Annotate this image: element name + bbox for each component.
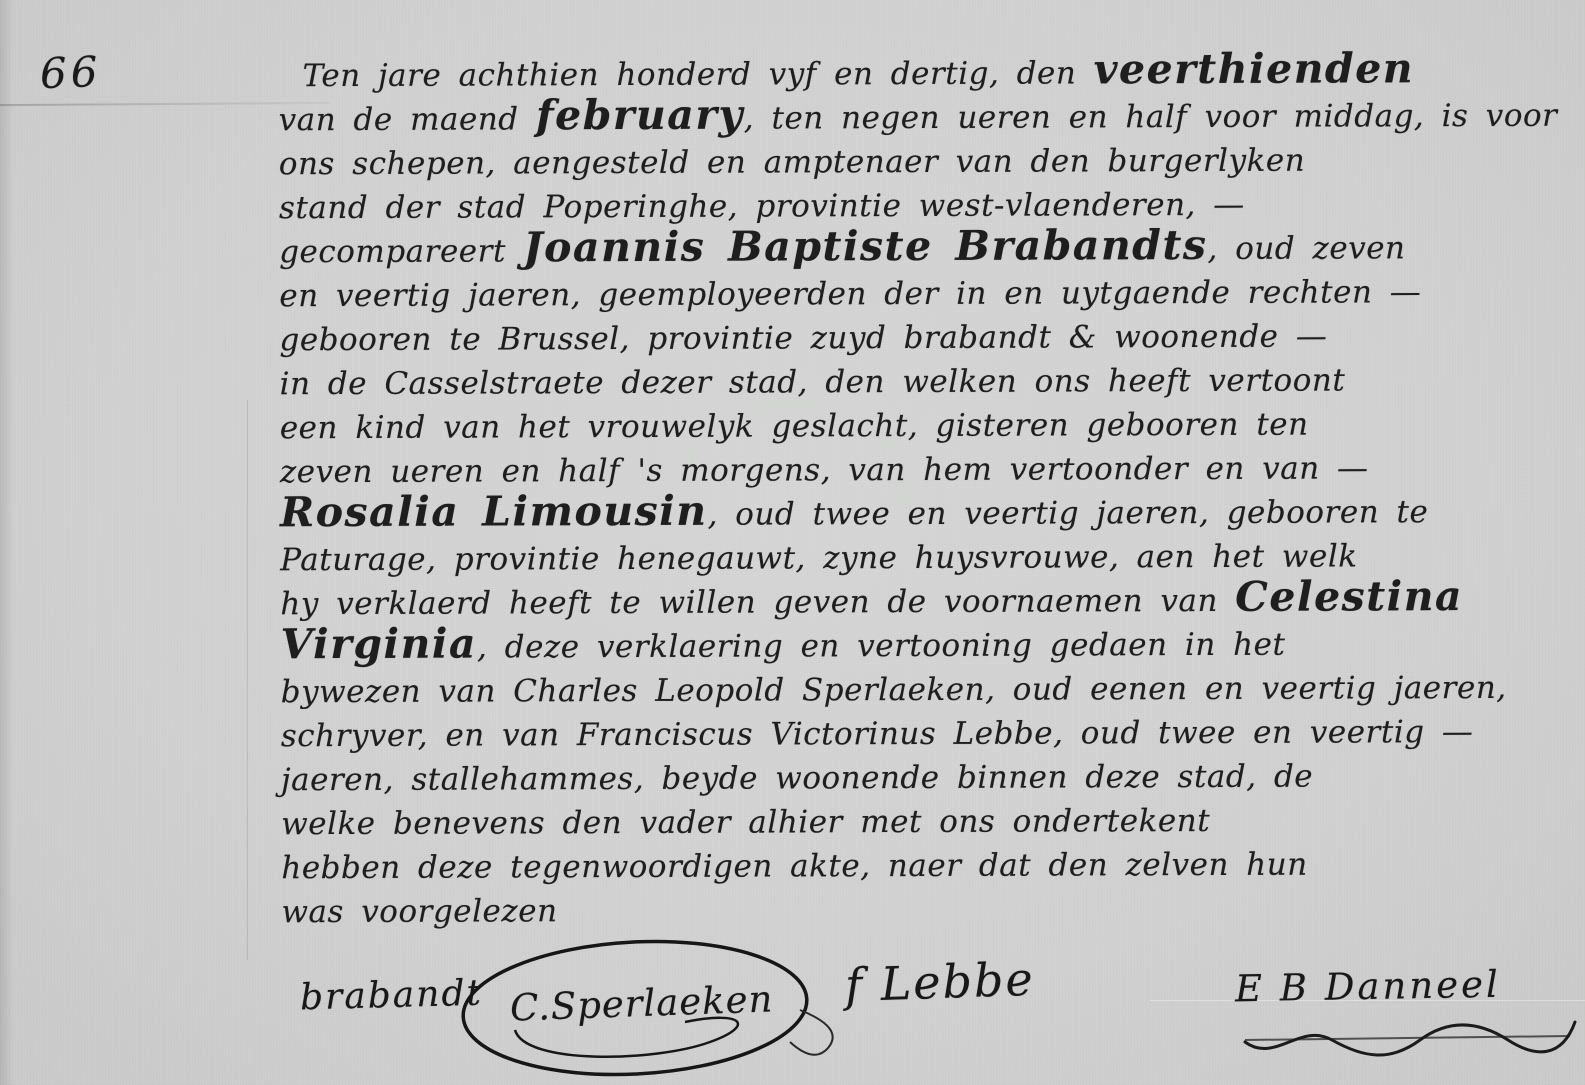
line-text: ons schepen, aengesteld en amptenaer van… <box>279 143 1305 183</box>
text-line: jaeren, stallehammes, beyde woonende bin… <box>281 750 1543 798</box>
signature-lebbe: f Lebbe <box>844 952 1035 1013</box>
line-text-emphasis: Joannis Baptiste Brabandts <box>523 221 1207 271</box>
line-text: een kind van het vrouwelyk geslacht, gis… <box>280 407 1309 447</box>
line-text: hebben deze tegenwoordigen akte, naer da… <box>281 847 1307 887</box>
act-text-block: Ten jare achthien honderd vyf en dertig,… <box>278 46 1543 930</box>
line-text: , oud zeven <box>1207 230 1405 267</box>
line-text: , deze verklaering en vertooning gedaen … <box>477 627 1286 666</box>
text-line: gebooren te Brussel, provintie zuyd brab… <box>279 310 1541 358</box>
line-text-emphasis: Rosalia Limousin <box>280 487 708 536</box>
line-text: Ten jare achthien honderd vyf en dertig,… <box>302 55 1093 94</box>
line-text: jaeren, stallehammes, beyde woonende bin… <box>281 759 1313 799</box>
signature-paraph-flourish <box>1240 1010 1580 1070</box>
line-text: welke benevens den vader alhier met ons … <box>281 803 1210 842</box>
text-line: een kind van het vrouwelyk geslacht, gis… <box>280 398 1542 446</box>
signature-text: C.Sperlaeken <box>509 977 774 1029</box>
text-line: ons schepen, aengesteld en amptenaer van… <box>279 134 1541 182</box>
line-text: schryver, en van Franciscus Victorinus L… <box>281 714 1474 754</box>
paper-edge-shadow <box>0 0 14 1085</box>
text-line: Ten jare achthien honderd vyf en dertig,… <box>278 46 1540 94</box>
line-text: van de maend <box>279 101 536 138</box>
line-text: was voorgelezen <box>281 893 557 930</box>
line-text: , ten negen ueren en half voor middag, i… <box>744 98 1558 137</box>
text-line: welke benevens den vader alhier met ons … <box>281 794 1543 842</box>
text-line: en veertig jaeren, geemployeerden der in… <box>279 266 1541 314</box>
text-line: was voorgelezen <box>281 882 1543 930</box>
text-line: zeven ueren en half 's morgens, van hem … <box>280 442 1542 490</box>
line-text: gebooren te Brussel, provintie zuyd brab… <box>279 319 1327 359</box>
text-line: stand der stad Poperinghe, provintie wes… <box>279 178 1541 226</box>
line-text: bywezen van Charles Leopold Sperlaeken, … <box>281 670 1507 710</box>
line-text: gecompareert <box>279 233 523 270</box>
text-line: schryver, en van Franciscus Victorinus L… <box>281 706 1543 754</box>
record-number: 66 <box>39 47 102 98</box>
text-line: van de maend february, ten negen ueren e… <box>279 90 1541 138</box>
line-text-emphasis: veerthienden <box>1094 44 1415 93</box>
text-line: gecompareert Joannis Baptiste Brabandts,… <box>279 222 1541 270</box>
line-text-emphasis: Celestina <box>1235 572 1463 621</box>
text-line: in de Casselstraete dezer stad, den welk… <box>280 354 1542 402</box>
text-line: Rosalia Limousin, oud twee en veertig ja… <box>280 486 1542 534</box>
text-line: hy verklaerd heeft te willen geven de vo… <box>280 574 1542 622</box>
text-line: bywezen van Charles Leopold Sperlaeken, … <box>281 662 1543 710</box>
line-text-emphasis: february <box>536 91 744 140</box>
signature-sperlaeken: C.Sperlaeken <box>455 930 835 1085</box>
line-text-emphasis: Virginia <box>280 620 477 669</box>
line-text: in de Casselstraete dezer stad, den welk… <box>280 362 1346 402</box>
line-text: en veertig jaeren, geemployeerden der in… <box>279 274 1421 314</box>
line-text: stand der stad Poperinghe, provintie wes… <box>279 187 1245 226</box>
signature-text: f Lebbe <box>844 952 1035 1013</box>
text-line: hebben deze tegenwoordigen akte, naer da… <box>281 838 1543 886</box>
signature-text: E B Danneel <box>1235 963 1501 1011</box>
margin-fold-line <box>247 400 248 960</box>
signature-danneel: E B Danneel <box>1235 963 1501 1011</box>
line-text: Paturage, provintie henegauwt, zyne huys… <box>280 538 1357 578</box>
line-text: hy verklaerd heeft te willen geven de vo… <box>280 583 1235 622</box>
text-line: Virginia, deze verklaering en vertooning… <box>280 618 1542 666</box>
text-line: Paturage, provintie henegauwt, zyne huys… <box>280 530 1542 578</box>
line-text: , oud twee en veertig jaeren, gebooren t… <box>707 494 1428 533</box>
line-text: zeven ueren en half 's morgens, van hem … <box>280 450 1369 490</box>
scanned-document-page: 66 Ten jare achthien honderd vyf en dert… <box>0 0 1585 1085</box>
